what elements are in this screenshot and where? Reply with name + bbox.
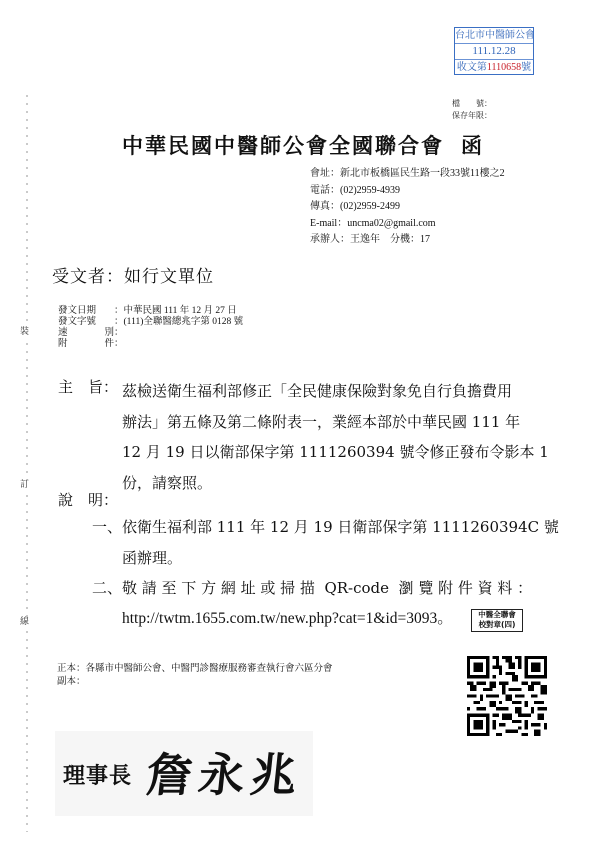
issue-date-label: 發文日期 [58,306,96,317]
stamp-receipt-suffix: 號 [521,62,531,73]
explanation-item-2: 二、敬 請 至 下 方 網 址 或 掃 描 QR-code 瀏 覽 附 件 資 … [92,573,532,634]
contact-phone: 電話：(02)2959-4939 [310,183,505,200]
item-text-continued: 函辦理。 [92,543,559,574]
urgency-label-b: 別 [104,328,114,339]
file-number-label: 檔 號： [452,98,492,109]
issue-number-value: (111)全聯醫總兆字第 0128 號 [124,317,244,328]
retention-label: 保存年限： [452,110,492,121]
attachment-label-b: 件 [104,339,114,350]
stamp-org: 台北市中醫師公會 [455,28,533,43]
issue-info: 發文日期 ： 中華民國 111 年 12 月 27 日 發文字號 ： (111)… [58,306,243,350]
recipient-label: 受文者： [52,267,124,287]
item-text: 依衛生福利部 111 年 12 月 19 日衛部保字第 1111260394C … [122,518,559,536]
binding-line [24,92,30,832]
stamp-date: 111.12.28 [455,43,533,59]
urgency-label-a: 速 [58,328,68,339]
copy-recipients: 副本： [57,675,333,688]
explanation-label: 說明： [58,489,118,510]
contact-email: E-mail：uncma02@gmail.com [310,216,505,233]
proofread-seal: 中醫全聯會 校對章(四) [471,609,523,632]
subject-line: 茲檢送衛生福利部修正「全民健康保險對象免自行負擔費用 [122,376,526,407]
attachment-url-link[interactable]: http://twtm.1655.com.tw/new.php?cat=1&id… [92,604,532,635]
original-recipients: 正本：各縣市中醫師公會、中醫門診醫療服務審查執行會六區分會 [57,662,333,675]
signatory-title: 理事長 [63,759,132,790]
colon: ： [114,328,124,339]
qr-code-icon[interactable] [466,656,548,736]
item-number: 二、 [92,573,122,604]
explanation-label-a: 說 [58,489,73,510]
proofread-seal-line1: 中醫全聯會 [472,610,522,620]
subject-label: 主旨： [58,376,118,397]
urgency-row: 速別 ： [58,328,243,339]
colon: ： [114,317,124,328]
subject-body: 茲檢送衛生福利部修正「全民健康保險對象免自行負擔費用 辦法」第五條及第二條附表一… [122,376,526,498]
binding-char-zhuang: 裝 [20,327,29,337]
item-text: 敬 請 至 下 方 網 址 或 掃 描 QR-code 瀏 覽 附 件 資 料 … [122,579,532,597]
recipient-value: 如行文單位 [124,267,214,287]
stamp-receipt-number: 1110658 [487,62,521,73]
distribution: 正本：各縣市中醫師公會、中醫門診醫療服務審查執行會六區分會 副本： [57,662,333,688]
subject-line: 12 月 19 日以衛部保字第 1111260394 號令修正發布令影本 1 [122,437,526,468]
attachment-label-a: 附 [58,339,68,350]
issue-number-label: 發文字號 [58,317,96,328]
binding-char-xian: 線 [20,617,29,627]
subject-line: 份，請察照。 [122,468,526,499]
recipient: 受文者：如行文單位 [52,262,214,287]
binding-char-ding: 訂 [20,480,29,490]
explanation-label-b: 明： [88,489,118,510]
doc-type: 函 [461,130,482,160]
signature-block: 理事長 詹永兆 [55,731,313,816]
colon: ： [114,306,124,317]
contact-block: 會址：新北市板橋區民生路一段33號11樓之2 電話：(02)2959-4939 … [310,166,505,249]
subject-line: 辦法」第五條及第二條附表一，業經本部於中華民國 111 年 [122,407,526,438]
receipt-stamp: 台北市中醫師公會 111.12.28 收文第1110658號 [454,27,534,75]
stamp-receipt: 收文第1110658號 [455,59,533,75]
issue-date-value: 中華民國 111 年 12 月 27 日 [124,306,237,317]
contact-fax: 傳真：(02)2959-2499 [310,199,505,216]
issue-number-row: 發文字號 ： (111)全聯醫總兆字第 0128 號 [58,317,243,328]
signatory-name: 詹永兆 [144,739,307,805]
colon: ： [114,339,124,350]
contact-address: 會址：新北市板橋區民生路一段33號11樓之2 [310,166,505,183]
proofread-seal-line2: 校對章(四) [472,620,522,630]
subject-label-a: 主 [58,376,73,397]
page-title: 中華民國中醫師公會全國聯合會 [122,130,444,160]
issue-date-row: 發文日期 ： 中華民國 111 年 12 月 27 日 [58,306,243,317]
explanation-item-1: 一、依衛生福利部 111 年 12 月 19 日衛部保字第 1111260394… [92,512,559,573]
item-number: 一、 [92,512,122,543]
subject-label-b: 旨： [88,376,118,397]
stamp-receipt-prefix: 收文第 [457,62,487,73]
contact-handler: 承辦人：王逸年 分機：17 [310,232,505,249]
attachment-row: 附件 ： [58,339,243,350]
